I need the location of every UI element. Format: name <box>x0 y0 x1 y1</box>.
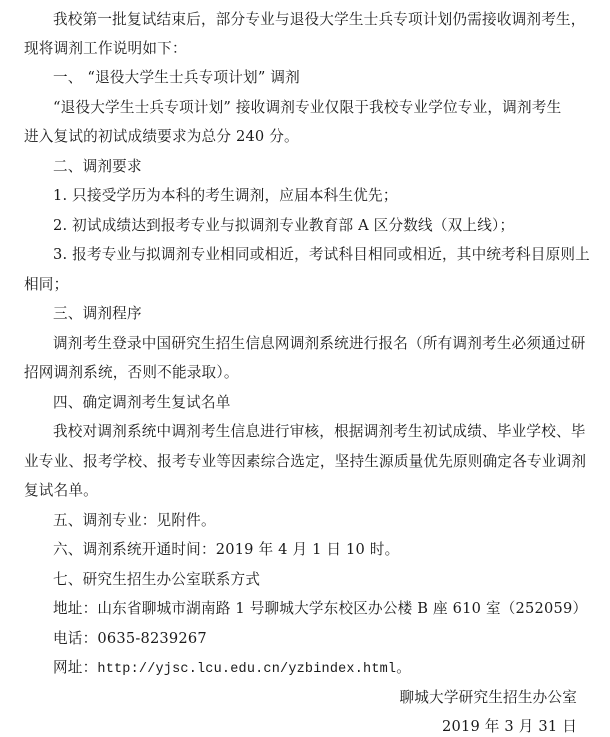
section-2-item-3-cont: 相同； <box>24 275 584 295</box>
contact-website: 网址：http://yjsc.lcu.edu.cn/yzbindex.html。 <box>53 658 610 680</box>
document-page: 我校第一批复试结束后，部分专业与退役大学生士兵专项计划仍需接收调剂考生， 现将调… <box>0 0 610 737</box>
section-2-item-2: 2. 初试成绩达到报考专业与拟调剂专业教育部 A 区分数线（双上线）； <box>53 216 610 236</box>
phone-label: 电话： <box>53 630 97 647</box>
section-3-body-line-1: 调剂考生登录中国研究生招生信息网调剂系统进行报名（所有调剂考生必须通过研 <box>53 334 610 354</box>
section-2-item-3: 3. 报考专业与拟调剂专业相同或相近，考试科目相同或相近，其中统考科目原则上 <box>53 245 610 265</box>
section-1-body-line-1: “退役大学生士兵专项计划” 接收调剂专业仅限于我校专业学位专业，调剂考生 <box>53 98 610 118</box>
section-7-heading: 七、研究生招生办公室联系方式 <box>53 570 610 590</box>
intro-line-2: 现将调剂工作说明如下： <box>24 39 584 59</box>
section-4-body-line-1: 我校对调剂系统中调剂考生信息进行审核，根据调剂考生初试成绩、毕业学校、毕 <box>53 422 610 442</box>
website-label: 网址： <box>53 659 97 676</box>
contact-phone: 电话：0635-8239267 <box>53 629 610 649</box>
section-2-heading: 二、调剂要求 <box>53 157 610 177</box>
section-2-item-1: 1. 只接受学历为本科的考生调剂，应届本科生优先； <box>53 186 610 206</box>
section-3-heading: 三、调剂程序 <box>53 304 610 324</box>
section-1-body-line-2: 进入复试的初试成绩要求为总分 240 分。 <box>24 127 584 147</box>
contact-address: 地址：山东省聊城市湖南路 1 号聊城大学东校区办公楼 B 座 610 室（252… <box>53 599 610 619</box>
section-4-heading: 四、确定调剂考生复试名单 <box>53 393 610 413</box>
section-1-heading: 一、 “退役大学生士兵专项计划” 调剂 <box>53 68 610 88</box>
signature-date: 2019 年 3 月 31 日 <box>442 717 577 737</box>
phone-value: 0635-8239267 <box>97 630 206 647</box>
address-value: 山东省聊城市湖南路 1 号聊城大学东校区办公楼 B 座 610 室（252059… <box>97 600 587 617</box>
address-label: 地址： <box>53 600 97 617</box>
section-4-body-line-2: 业专业、报考学校、报考专业等因素综合选定，坚持生源质量优先原则确定各专业调剂 <box>24 452 584 472</box>
website-suffix: 。 <box>396 659 411 676</box>
section-4-body-line-3: 复试名单。 <box>24 481 584 501</box>
intro-line-1: 我校第一批复试结束后，部分专业与退役大学生士兵专项计划仍需接收调剂考生， <box>53 10 610 30</box>
website-link[interactable]: http://yjsc.lcu.edu.cn/yzbindex.html <box>97 662 396 677</box>
section-5-text: 五、调剂专业：见附件。 <box>53 511 610 531</box>
section-3-body-line-2: 招网调剂系统，否则不能录取）。 <box>24 363 584 383</box>
signature-office: 聊城大学研究生招生办公室 <box>399 688 577 708</box>
section-6-text: 六、调剂系统开通时间：2019 年 4 月 1 日 10 时。 <box>53 540 610 560</box>
